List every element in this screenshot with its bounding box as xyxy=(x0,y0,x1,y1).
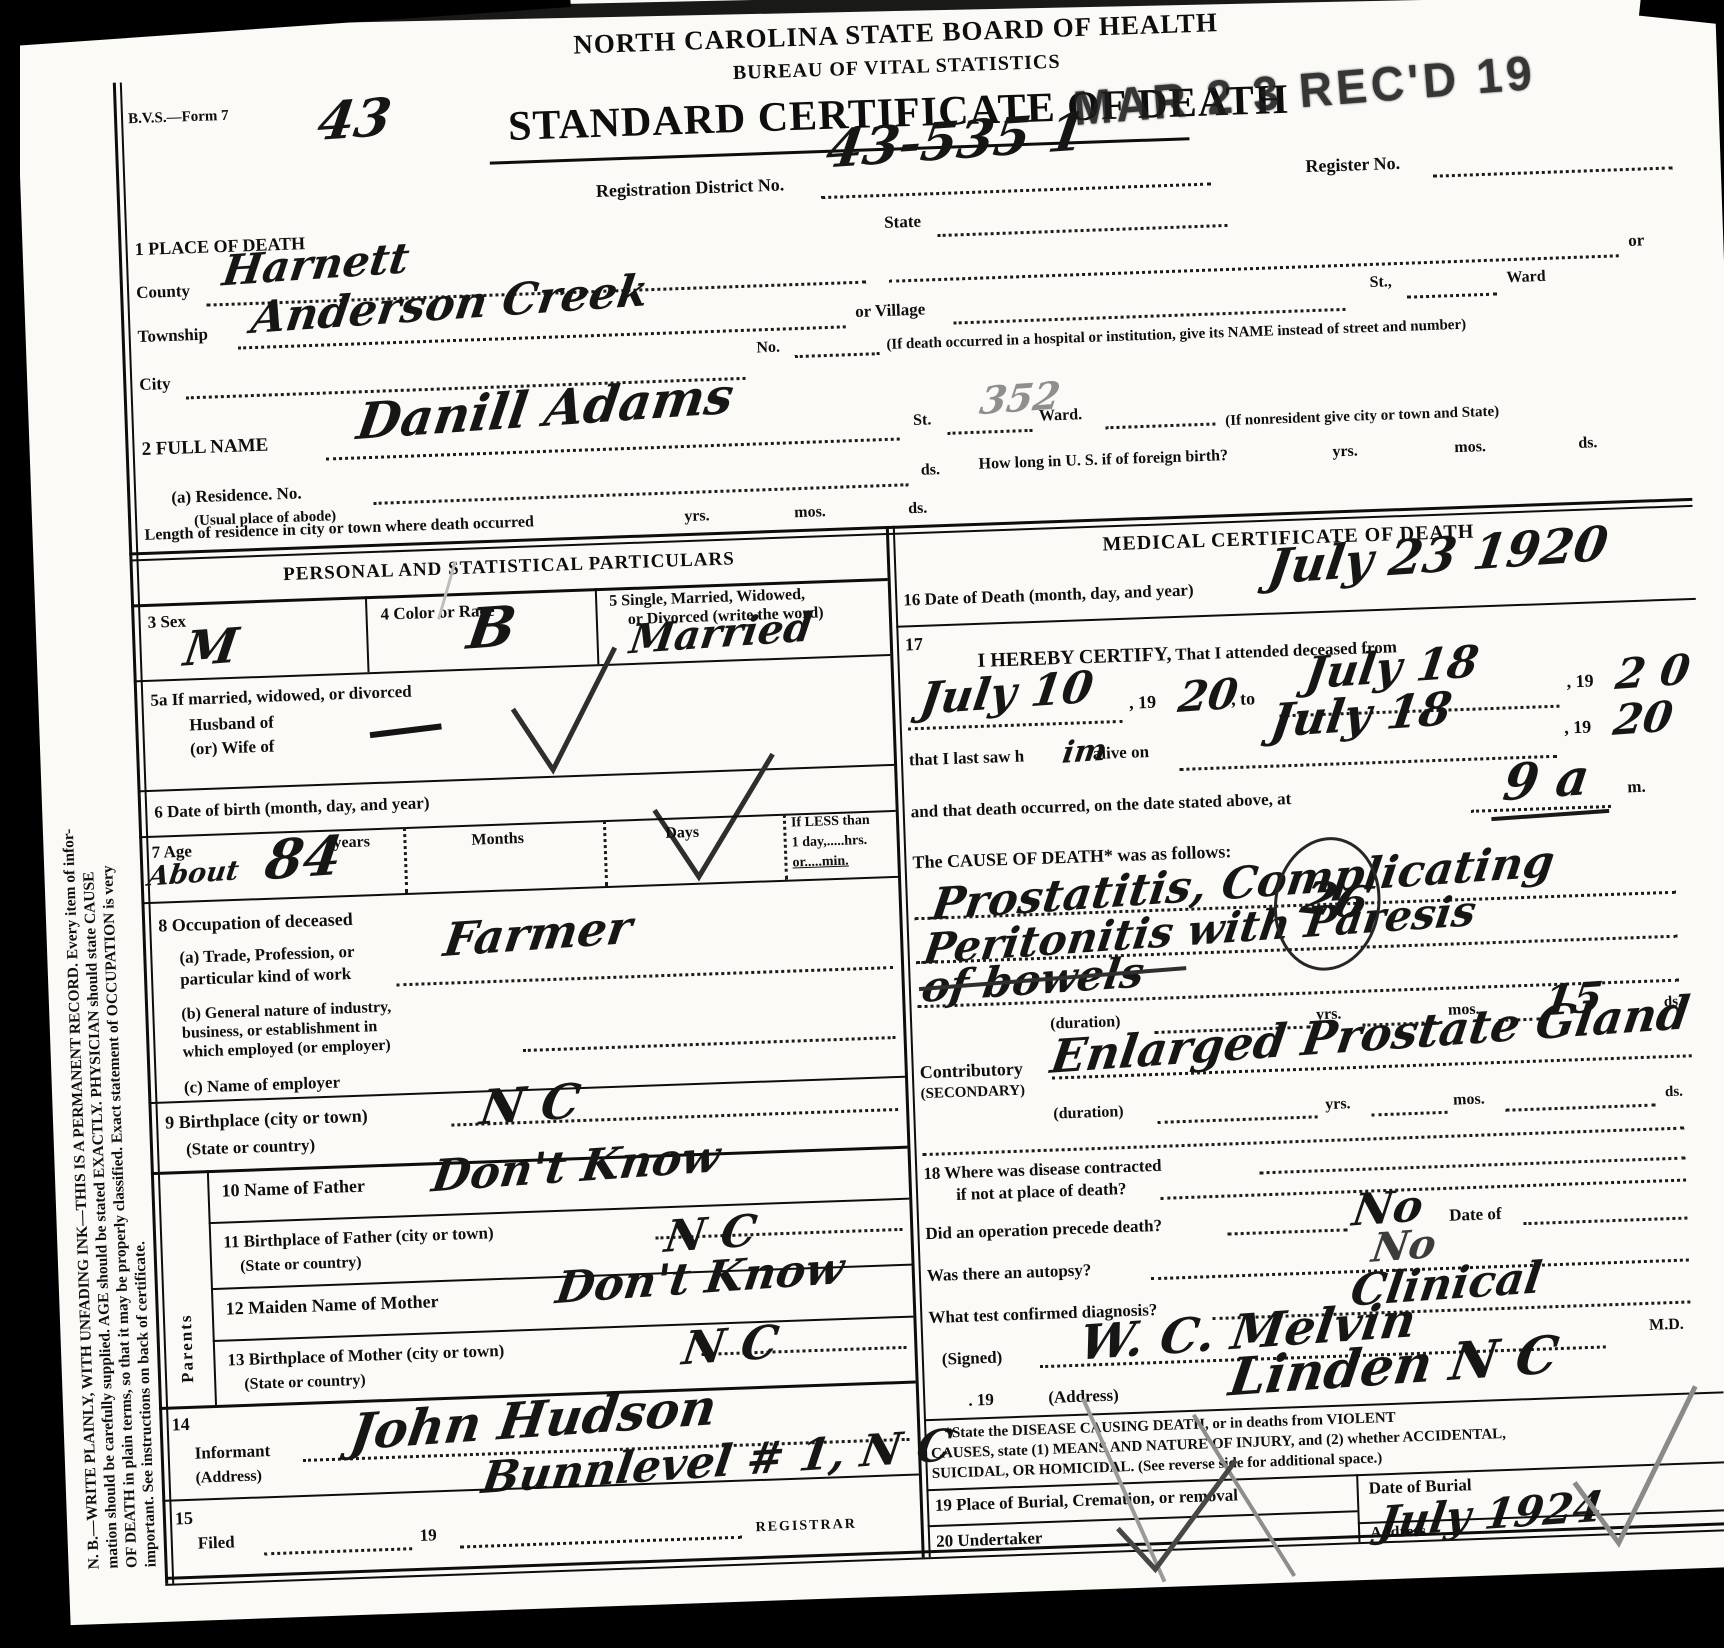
rule-d xyxy=(141,876,898,904)
register-no-line xyxy=(1433,166,1673,177)
ward-label-2: Ward. xyxy=(1039,407,1083,425)
f20-label: 20 Undertaker xyxy=(936,1529,1043,1551)
column-divider xyxy=(886,526,925,1557)
f18-label-2: if not at place of death? xyxy=(956,1180,1127,1204)
birthplace-label: 9 Birthplace (city or town) xyxy=(165,1107,368,1133)
f15-number: 15 xyxy=(175,1509,194,1529)
duration-line-2c xyxy=(1505,1104,1655,1112)
checkmark-icon xyxy=(1553,1378,1709,1553)
city-label: City xyxy=(139,375,171,394)
board-title: NORTH CAROLINA STATE BOARD OF HEALTH xyxy=(573,8,1219,59)
no-label: No. xyxy=(756,340,780,358)
m-label: m. xyxy=(1627,778,1646,796)
f17-number: 17 xyxy=(905,635,924,655)
register-no-label: Register No. xyxy=(1305,154,1400,176)
informant-address-label: (Address) xyxy=(195,1468,262,1487)
filed-line-2 xyxy=(460,1536,742,1549)
father-label: 10 Name of Father xyxy=(221,1177,365,1201)
state-country-label-11: (State or country) xyxy=(240,1255,362,1276)
ds-label-c: ds. xyxy=(908,501,928,518)
less-label-2: 1 day,.....hrs. xyxy=(792,834,868,851)
cell-divider-34 xyxy=(365,596,370,672)
nonresident-note: (If nonresident give city or town and St… xyxy=(1225,405,1499,430)
st-line xyxy=(1407,293,1497,299)
reg-district-line xyxy=(821,182,1211,199)
occ-b-line xyxy=(523,1036,896,1052)
f16-label: 16 Date of Death (month, day, and year) xyxy=(903,581,1194,609)
hw-mother-bp: N C xyxy=(680,1319,782,1372)
duration-mos-2: mos. xyxy=(1453,1092,1485,1110)
state-line xyxy=(938,224,1228,237)
dateof-label: Date of xyxy=(1449,1205,1502,1225)
less-label-1: If LESS than xyxy=(791,814,870,831)
hw-occupation: Farmer xyxy=(441,904,635,963)
hw-father: Don't Know xyxy=(429,1135,723,1199)
state-country-label-13: (State or country) xyxy=(244,1373,366,1394)
bureau-title: BUREAU OF VITAL STATISTICS xyxy=(733,52,1061,84)
certificate-paper: N. B.—WRITE PLAINLY, WITH UNFADING INK—T… xyxy=(14,0,1724,1625)
hw-to-year: 2 0 xyxy=(1613,649,1692,696)
occupation-label: 8 Occupation of deceased xyxy=(158,910,353,936)
mother-label: 12 Maiden Name of Mother xyxy=(225,1292,438,1318)
filed-19: 19 xyxy=(419,1526,437,1544)
birthdate-label: 6 Date of birth (month, day, and year) xyxy=(154,794,430,821)
operation-line xyxy=(1228,1228,1348,1235)
occ-c-label: (c) Name of employer xyxy=(184,1073,341,1096)
no-line xyxy=(795,352,880,358)
st-comma-label: St., xyxy=(1369,274,1392,292)
filed-label: Filed xyxy=(198,1533,235,1552)
received-stamp: MAR 2 3 REC'D 19 xyxy=(1071,44,1538,137)
form-number: B.V.S.—Form 7 xyxy=(128,109,229,128)
occ-a-label-2: particular kind of work xyxy=(180,965,352,989)
sex-label: 3 Sex xyxy=(147,613,186,632)
ds-label-a: ds. xyxy=(921,462,941,479)
personal-header: PERSONAL AND STATISTICAL PARTICULARS xyxy=(283,549,735,585)
residence-line xyxy=(374,483,909,505)
address2-label: Address xyxy=(1370,1524,1426,1543)
st-label-2: St. xyxy=(913,412,932,429)
operation-label: Did an operation precede death? xyxy=(925,1217,1162,1243)
md-label: M.D. xyxy=(1649,1317,1684,1335)
st-line-2 xyxy=(947,429,1032,435)
hw-sex: M xyxy=(181,622,241,674)
signed-label: (Signed) xyxy=(942,1349,1003,1369)
age-divider-2 xyxy=(603,820,608,886)
occ-a-line xyxy=(396,966,893,986)
hw-full-name: Danill Adams xyxy=(354,371,737,447)
hw-time-of-death: 9 a xyxy=(1500,752,1592,808)
duration-line-2b xyxy=(1372,1111,1448,1117)
mother-bp-label: 13 Birthplace of Mother (city or town) xyxy=(227,1342,504,1369)
checkmark-icon xyxy=(497,639,632,783)
days-label: Days xyxy=(665,825,699,843)
occurred-label: and that death occurred, on the date sta… xyxy=(910,790,1291,821)
county-label: County xyxy=(136,282,190,302)
from-19: , 19 xyxy=(1129,693,1157,713)
ds-label-b: ds. xyxy=(1578,435,1598,452)
stray-dotline xyxy=(923,1127,1685,1157)
contributory-label: Contributory xyxy=(920,1060,1024,1082)
occ-a-label-1: (a) Trade, Profession, or xyxy=(179,943,355,967)
informant-label: Informant xyxy=(194,1442,270,1462)
hw-dash-mark xyxy=(370,723,442,738)
duration-line-2a xyxy=(1158,1115,1318,1124)
duration-label-2: (duration) xyxy=(1053,1104,1124,1123)
mos-label-a: mos. xyxy=(1454,439,1486,457)
duration-ds-2: ds. xyxy=(1665,1085,1683,1101)
checkmark-icon xyxy=(1106,1464,1250,1579)
registrar-label: REGISTRAR xyxy=(755,1518,857,1536)
lastsaw-rest: alive on xyxy=(1093,743,1150,763)
reg-district-label: Registration District No. xyxy=(596,175,785,200)
lastsaw-label-text: that I last saw h xyxy=(909,746,1025,769)
scan-left-edge xyxy=(0,0,20,1648)
duration-yrs-2: yrs. xyxy=(1325,1096,1351,1114)
husband-label: Husband of xyxy=(189,714,274,735)
lastsaw-line xyxy=(1179,755,1557,771)
dateof-line xyxy=(1523,1217,1687,1226)
ward-line-2 xyxy=(1105,422,1215,429)
hw-age-about: About xyxy=(146,857,240,890)
less-label-3: or.....min. xyxy=(792,855,849,872)
scanned-death-certificate: N. B.—WRITE PLAINLY, WITH UNFADING INK—T… xyxy=(0,0,1724,1648)
or-label: or xyxy=(1628,231,1645,249)
or-village-label: or Village xyxy=(855,301,926,321)
autopsy-label: Was there an autopsy? xyxy=(927,1261,1092,1285)
hw-marital: Married xyxy=(627,607,815,660)
yrs-label-b: yrs. xyxy=(684,508,710,526)
ward-label: Ward xyxy=(1506,269,1546,287)
state-label: State xyxy=(884,213,921,232)
age-divider-1 xyxy=(403,827,408,893)
father-bp-label: 11 Birthplace of Father (city or town) xyxy=(223,1224,494,1251)
howlong-label: How long in U. S. if of foreign birth? xyxy=(978,448,1228,473)
residence-label: (a) Residence. No. xyxy=(171,484,302,506)
hw-birthplace: N C xyxy=(477,1077,583,1132)
secondary-label: (SECONDARY) xyxy=(920,1084,1025,1103)
rule-10 xyxy=(209,1198,910,1224)
lastsaw-label: that I last saw h xyxy=(909,747,1025,769)
f18-line-1 xyxy=(1259,1157,1685,1175)
filed-line-1 xyxy=(264,1547,412,1555)
state-country-label-9: (State or country) xyxy=(186,1136,316,1158)
full-name-label: 2 FULL NAME xyxy=(141,436,268,460)
rule-12 xyxy=(213,1316,914,1342)
hw-lastsaw-date: July 18 xyxy=(1268,685,1455,744)
parents-label: Parents xyxy=(176,1313,198,1383)
f5a-label: 5a If married, widowed, or divorced xyxy=(150,683,412,710)
yrs-label-a: yrs. xyxy=(1332,444,1358,462)
wife-label: (or) Wife of xyxy=(190,738,275,759)
township-label: Township xyxy=(137,326,208,346)
dot19-label: . 19 xyxy=(968,1391,994,1410)
hw-mother: Don't Know xyxy=(553,1247,847,1311)
months-label: Months xyxy=(471,831,524,850)
to-19: , 19 xyxy=(1566,671,1594,691)
to-label: , to xyxy=(1231,689,1256,709)
burial-divider xyxy=(1356,1474,1360,1542)
hw-reg-district: 43-535 1 xyxy=(823,106,1088,176)
hw-attended-from: July 10 xyxy=(917,666,1096,722)
hw-age: 84 xyxy=(262,828,345,888)
hw-district-number: 43 xyxy=(314,92,394,149)
hw-lastsaw-year: 20 xyxy=(1611,696,1676,742)
f14-number: 14 xyxy=(171,1415,190,1435)
lastsaw-19: , 19 xyxy=(1564,718,1592,738)
mos-label-b: mos. xyxy=(794,504,826,522)
hw-circle-26: 26 xyxy=(1297,874,1376,925)
